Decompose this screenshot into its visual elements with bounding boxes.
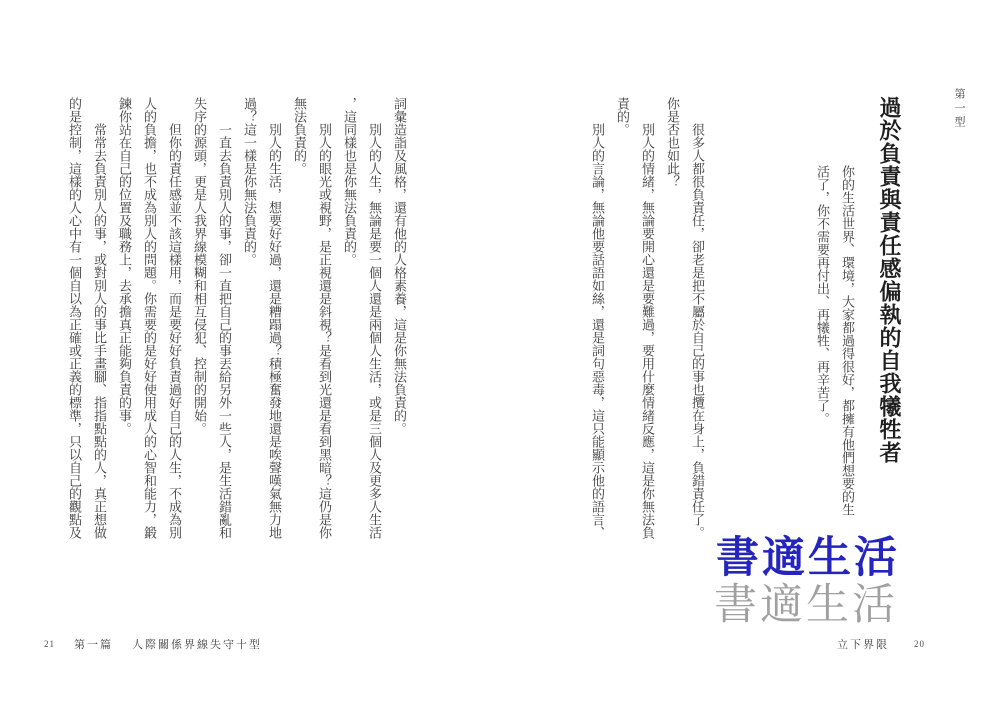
- page-left: 詞彙造詣及風格，還有他的人格素養，這是你無法負責的。別人的人生，無論是要一個人還…: [0, 0, 500, 710]
- paragraph: 詞彙造詣及風格，還有他的人格素養，這是你無法負責的。: [387, 97, 412, 542]
- part-label: 第一篇: [74, 636, 113, 652]
- paragraph: 別人的言論，無論他要話語如絲，還是詞句惡毒，這只能顯示他的語言、: [585, 97, 610, 542]
- intro-paragraph: 你的生活世界、環境，大家都過得很好，都擁有他們想要的生活了，你不需要再付出、再犧…: [810, 165, 860, 518]
- part-title: 人際關係界線失守十型: [132, 636, 262, 652]
- paragraph: 別人的情緒，無論要開心還是要難過，要用什麼情緒反應，這是你無法負責的。: [610, 97, 660, 542]
- book-spread: 詞彙造詣及風格，還有他的人格素養，這是你無法負責的。別人的人生，無論是要一個人還…: [0, 0, 1000, 710]
- footer-right: 立下界限 20: [837, 636, 925, 652]
- page-number-left: 21: [44, 639, 55, 649]
- page-number-right: 20: [914, 639, 925, 649]
- footer-left: 21 第一篇 人際關係界線失守十型: [44, 636, 262, 652]
- page-right: 第一型 過於負責與責任感偏執的自我犧牲者 你的生活世界、環境，大家都過得很好，都…: [500, 0, 1000, 710]
- paragraph: 別人的眼光或視野，是正視還是斜視？是看到光還是看到黑暗？這仍是你無法負責的。: [287, 97, 337, 542]
- paragraph: 一直去負責別人的事，卻一直把自己的事丟給另外一些人，是生活錯亂和失序的源頭，更是…: [187, 97, 237, 542]
- paragraph: 但你的責任感並不該這樣用，而是要好好負責過好自己的人生，不成為別人的負擔，也不成…: [112, 97, 187, 542]
- chapter-label: 第一型: [951, 88, 967, 130]
- section-title: 立下界限: [837, 636, 889, 652]
- left-page-body-text: 詞彙造詣及風格，還有他的人格素養，這是你無法負責的。別人的人生，無論是要一個人還…: [62, 97, 412, 542]
- chapter-intro: 你的生活世界、環境，大家都過得很好，都擁有他們想要的生活了，你不需要再付出、再犧…: [810, 165, 860, 518]
- paragraph: 常常去負責別人的事，或對別人的事比手畫腳、指指點點的人，真正想做的是控制，這樣的…: [62, 97, 112, 542]
- right-page-body-text: 很多人都很負責任，卻老是把不屬於自己的事也攬在身上，負錯責任了。你是否也如此？別…: [585, 97, 710, 542]
- chapter-title: 過於負責與責任感偏執的自我犧牲者: [874, 96, 905, 464]
- paragraph: 別人的生活，想要好好過，還是糟蹋過？積極奮發地還是唉聲嘆氣無力地過？這一樣是你無…: [237, 97, 287, 542]
- paragraph: 別人的人生，無論是要一個人還是兩個人生活，或是三個人及更多人生活，這同樣也是你無…: [337, 97, 387, 542]
- paragraph: 很多人都很負責任，卻老是把不屬於自己的事也攬在身上，負錯責任了。你是否也如此？: [660, 97, 710, 542]
